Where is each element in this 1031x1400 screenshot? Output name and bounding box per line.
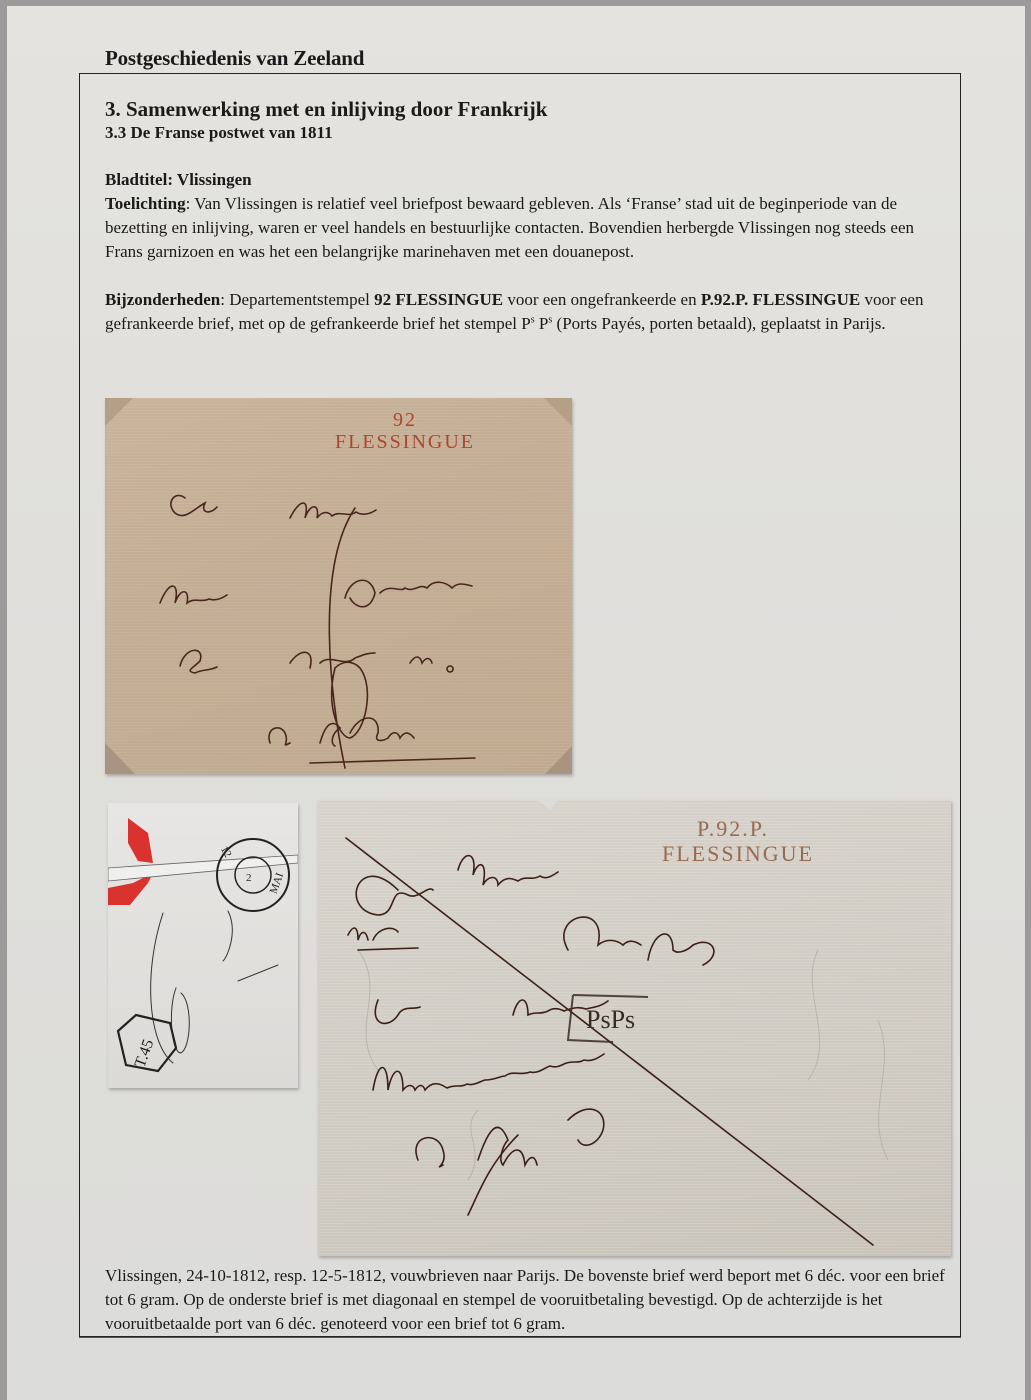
running-title: Postgeschiedenis van Zeeland (105, 46, 364, 71)
text-span: P (535, 314, 549, 333)
text-span: voor een ongefrankeerde en (503, 290, 701, 309)
letter-franked: PsPs P.92.P. FLESSINGUE (318, 800, 951, 1256)
handwriting-illustration (105, 398, 572, 774)
oval-stamp-t45: T.45 (132, 1037, 158, 1070)
text-span: (Ports Payés, porten betaald), geplaatst… (552, 314, 885, 333)
text-span: : Departementstempel (220, 290, 374, 309)
bijzonderheden-label: Bijzonderheden (105, 290, 220, 309)
stamp-name-p92p: P.92.P. FLESSINGUE (701, 290, 860, 309)
page-content: 3. Samenwerking met en inlijving door Fr… (105, 96, 955, 336)
chapter-title: 3. Samenwerking met en inlijving door Fr… (105, 96, 955, 122)
toelichting-text: : Van Vlissingen is relatief veel briefp… (105, 194, 914, 261)
handwriting-illustration: PsPs (318, 800, 951, 1256)
reverse-illustration: 2 12 MAI T.45 (108, 803, 298, 1088)
bladtitel-label: Bladtitel: Vlissingen (105, 170, 252, 189)
section-title: 3.3 De Franse postwet van 1811 (105, 122, 955, 144)
toelichting: Toelichting: Van Vlissingen is relatief … (105, 192, 955, 264)
stamp-p92p: P.92.P. (618, 818, 848, 840)
stamp-flessingue-2: FLESSINGUE (618, 842, 858, 866)
bijzonderheden: Bijzonderheden: Departementstempel 92 FL… (105, 288, 955, 336)
letter-reverse: 2 12 MAI T.45 (108, 803, 298, 1088)
postmark-day: 2 (246, 872, 252, 884)
toelichting-label: Toelichting (105, 194, 186, 213)
stamp-92: 92 (305, 410, 505, 430)
bladtitel: Bladtitel: Vlissingen (105, 168, 955, 192)
stamp-flessingue: FLESSINGUE (300, 431, 510, 453)
letter-unfranked: 92 FLESSINGUE (105, 398, 572, 774)
caption: Vlissingen, 24-10-1812, resp. 12-5-1812,… (105, 1264, 965, 1336)
stamp-name-92: 92 FLESSINGUE (374, 290, 503, 309)
paid-stamp-pp: PsPs (586, 1005, 635, 1034)
